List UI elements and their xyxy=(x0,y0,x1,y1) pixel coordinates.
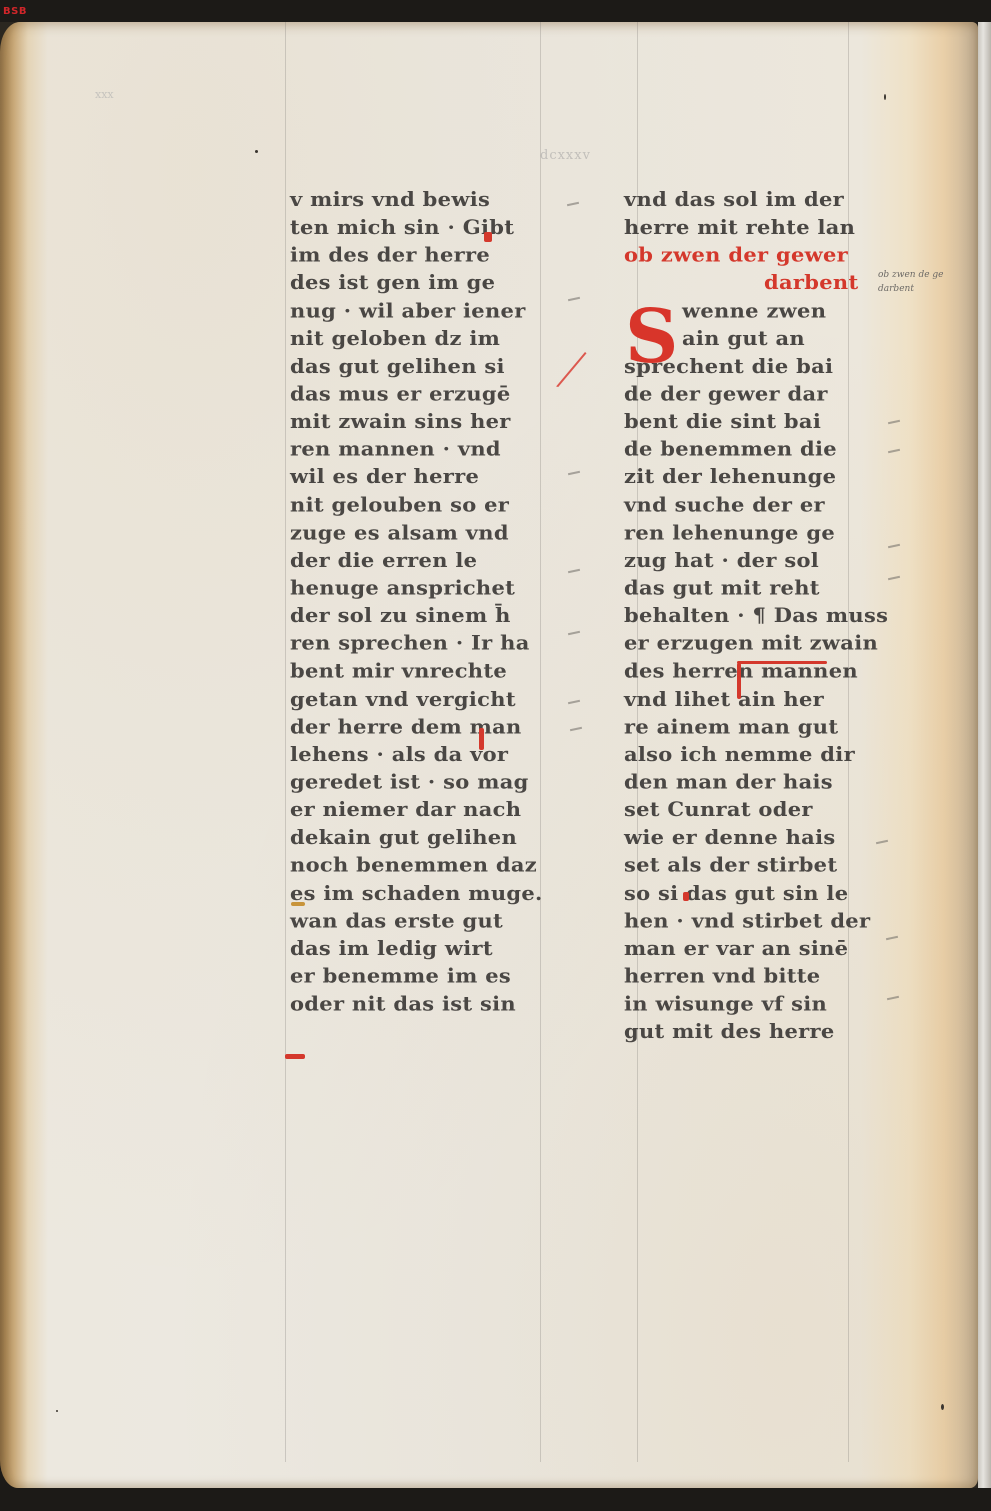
text-line: mit zwain sins her xyxy=(290,408,580,436)
ink-speck xyxy=(884,94,886,100)
ruling-line xyxy=(285,22,286,1462)
text-line: er niemer dar nach xyxy=(290,796,580,824)
rubric-touch xyxy=(479,728,484,750)
text-line: herre mit rehte lan xyxy=(624,214,894,242)
ink-speck xyxy=(941,1404,944,1410)
text-line: getan vnd vergicht xyxy=(290,685,580,713)
text-line: de benemmen die xyxy=(624,436,894,464)
text-line: noch benemmen daz xyxy=(290,852,580,880)
text-line: herren vnd bitte xyxy=(624,962,894,990)
text-line: lehens · als da vor xyxy=(290,741,580,769)
text-line: der die erren le xyxy=(290,546,580,574)
left-text-column: v mirs vnd bewis ten mich sin · Gibt im … xyxy=(290,186,580,1018)
rubric-touch xyxy=(484,232,492,242)
text-line: dekain gut gelihen xyxy=(290,824,580,852)
text-line: oder nit das ist sin xyxy=(290,990,580,1018)
text-line: behalten · ¶ Das muss xyxy=(624,602,894,630)
text-line: vnd das sol im der xyxy=(624,186,894,214)
text-line: ren lehenunge ge xyxy=(624,519,894,547)
text-line: gut mit des herre xyxy=(624,1018,894,1046)
margin-annotation: ob zwen de ge darbent xyxy=(878,268,944,296)
text-line: wil es der herre xyxy=(290,463,580,491)
margin-annotation-line: darbent xyxy=(878,282,944,296)
text-line: geredet ist · so mag xyxy=(290,768,580,796)
text-line: set als der stirbet xyxy=(624,852,894,880)
ink-speck xyxy=(56,1410,58,1412)
text-line: bent mir vnrechte xyxy=(290,657,580,685)
text-line: hen · vnd stirbet der xyxy=(624,907,894,935)
text-line: der herre dem man xyxy=(290,713,580,741)
text-line: zit der lehenunge xyxy=(624,463,894,491)
rubric-paragraph-mark xyxy=(737,663,741,699)
rubric-touch xyxy=(683,892,689,901)
text-line: in wisunge vf sin xyxy=(624,990,894,1018)
text-line: nug · wil aber iener xyxy=(290,297,580,325)
text-line: der sol zu sinem h̄ xyxy=(290,602,580,630)
text-line: im des der herre xyxy=(290,241,580,269)
rubric-paragraph-mark xyxy=(285,1054,305,1059)
text-line: er benemme im es xyxy=(290,962,580,990)
text-line: man er var an sinē xyxy=(624,935,894,963)
text-line: den man der hais xyxy=(624,768,894,796)
text-line: wan das erste gut xyxy=(290,907,580,935)
faded-folio-note: dcxxxv xyxy=(540,148,591,163)
text-line: ten mich sin · Gibt xyxy=(290,214,580,242)
text-line: zuge es alsam vnd xyxy=(290,519,580,547)
rubric-paragraph-bar xyxy=(737,661,827,664)
text-line: wie er denne hais xyxy=(624,824,894,852)
text-line: nit gelouben so er xyxy=(290,491,580,519)
text-line: v mirs vnd bewis xyxy=(290,186,580,214)
text-line: ren sprechen · Ir ha xyxy=(290,630,580,658)
text-line: nit geloben dz im xyxy=(290,325,580,353)
text-line: henuge ansprichet xyxy=(290,574,580,602)
section-heading-line-1: ob zwen der gewer xyxy=(624,241,894,269)
text-line: set Cunrat oder xyxy=(624,796,894,824)
decorated-initial: S xyxy=(625,300,678,374)
text-line: das mus er erzugē xyxy=(290,380,580,408)
section-heading-line-2: darbent xyxy=(624,269,894,297)
margin-annotation-line: ob zwen de ge xyxy=(878,268,944,282)
faded-corner-note: xxx xyxy=(95,88,114,101)
text-line: des ist gen im ge xyxy=(290,269,580,297)
text-line: re ainem man gut xyxy=(624,713,894,741)
text-line: das im ledig wirt xyxy=(290,935,580,963)
text-line: also ich nemme dir xyxy=(624,741,894,769)
text-line: ren mannen · vnd xyxy=(290,436,580,464)
text-line: vnd lihet ain her xyxy=(624,685,894,713)
text-line: er erzugen mit zwain xyxy=(624,630,894,658)
text-line: bent die sint bai xyxy=(624,408,894,436)
bsb-watermark: BSB xyxy=(3,6,27,17)
text-line: de der gewer dar xyxy=(624,380,894,408)
text-line: das gut mit reht xyxy=(624,574,894,602)
text-line: vnd suche der er xyxy=(624,491,894,519)
ink-speck xyxy=(255,150,258,153)
text-line: das gut gelihen si xyxy=(290,352,580,380)
page-edge xyxy=(978,22,991,1488)
text-line: so si das gut sin le xyxy=(624,879,894,907)
text-line: zug hat · der sol xyxy=(624,546,894,574)
text-line: es im schaden muge. xyxy=(290,879,580,907)
rubric-touch xyxy=(291,902,305,906)
